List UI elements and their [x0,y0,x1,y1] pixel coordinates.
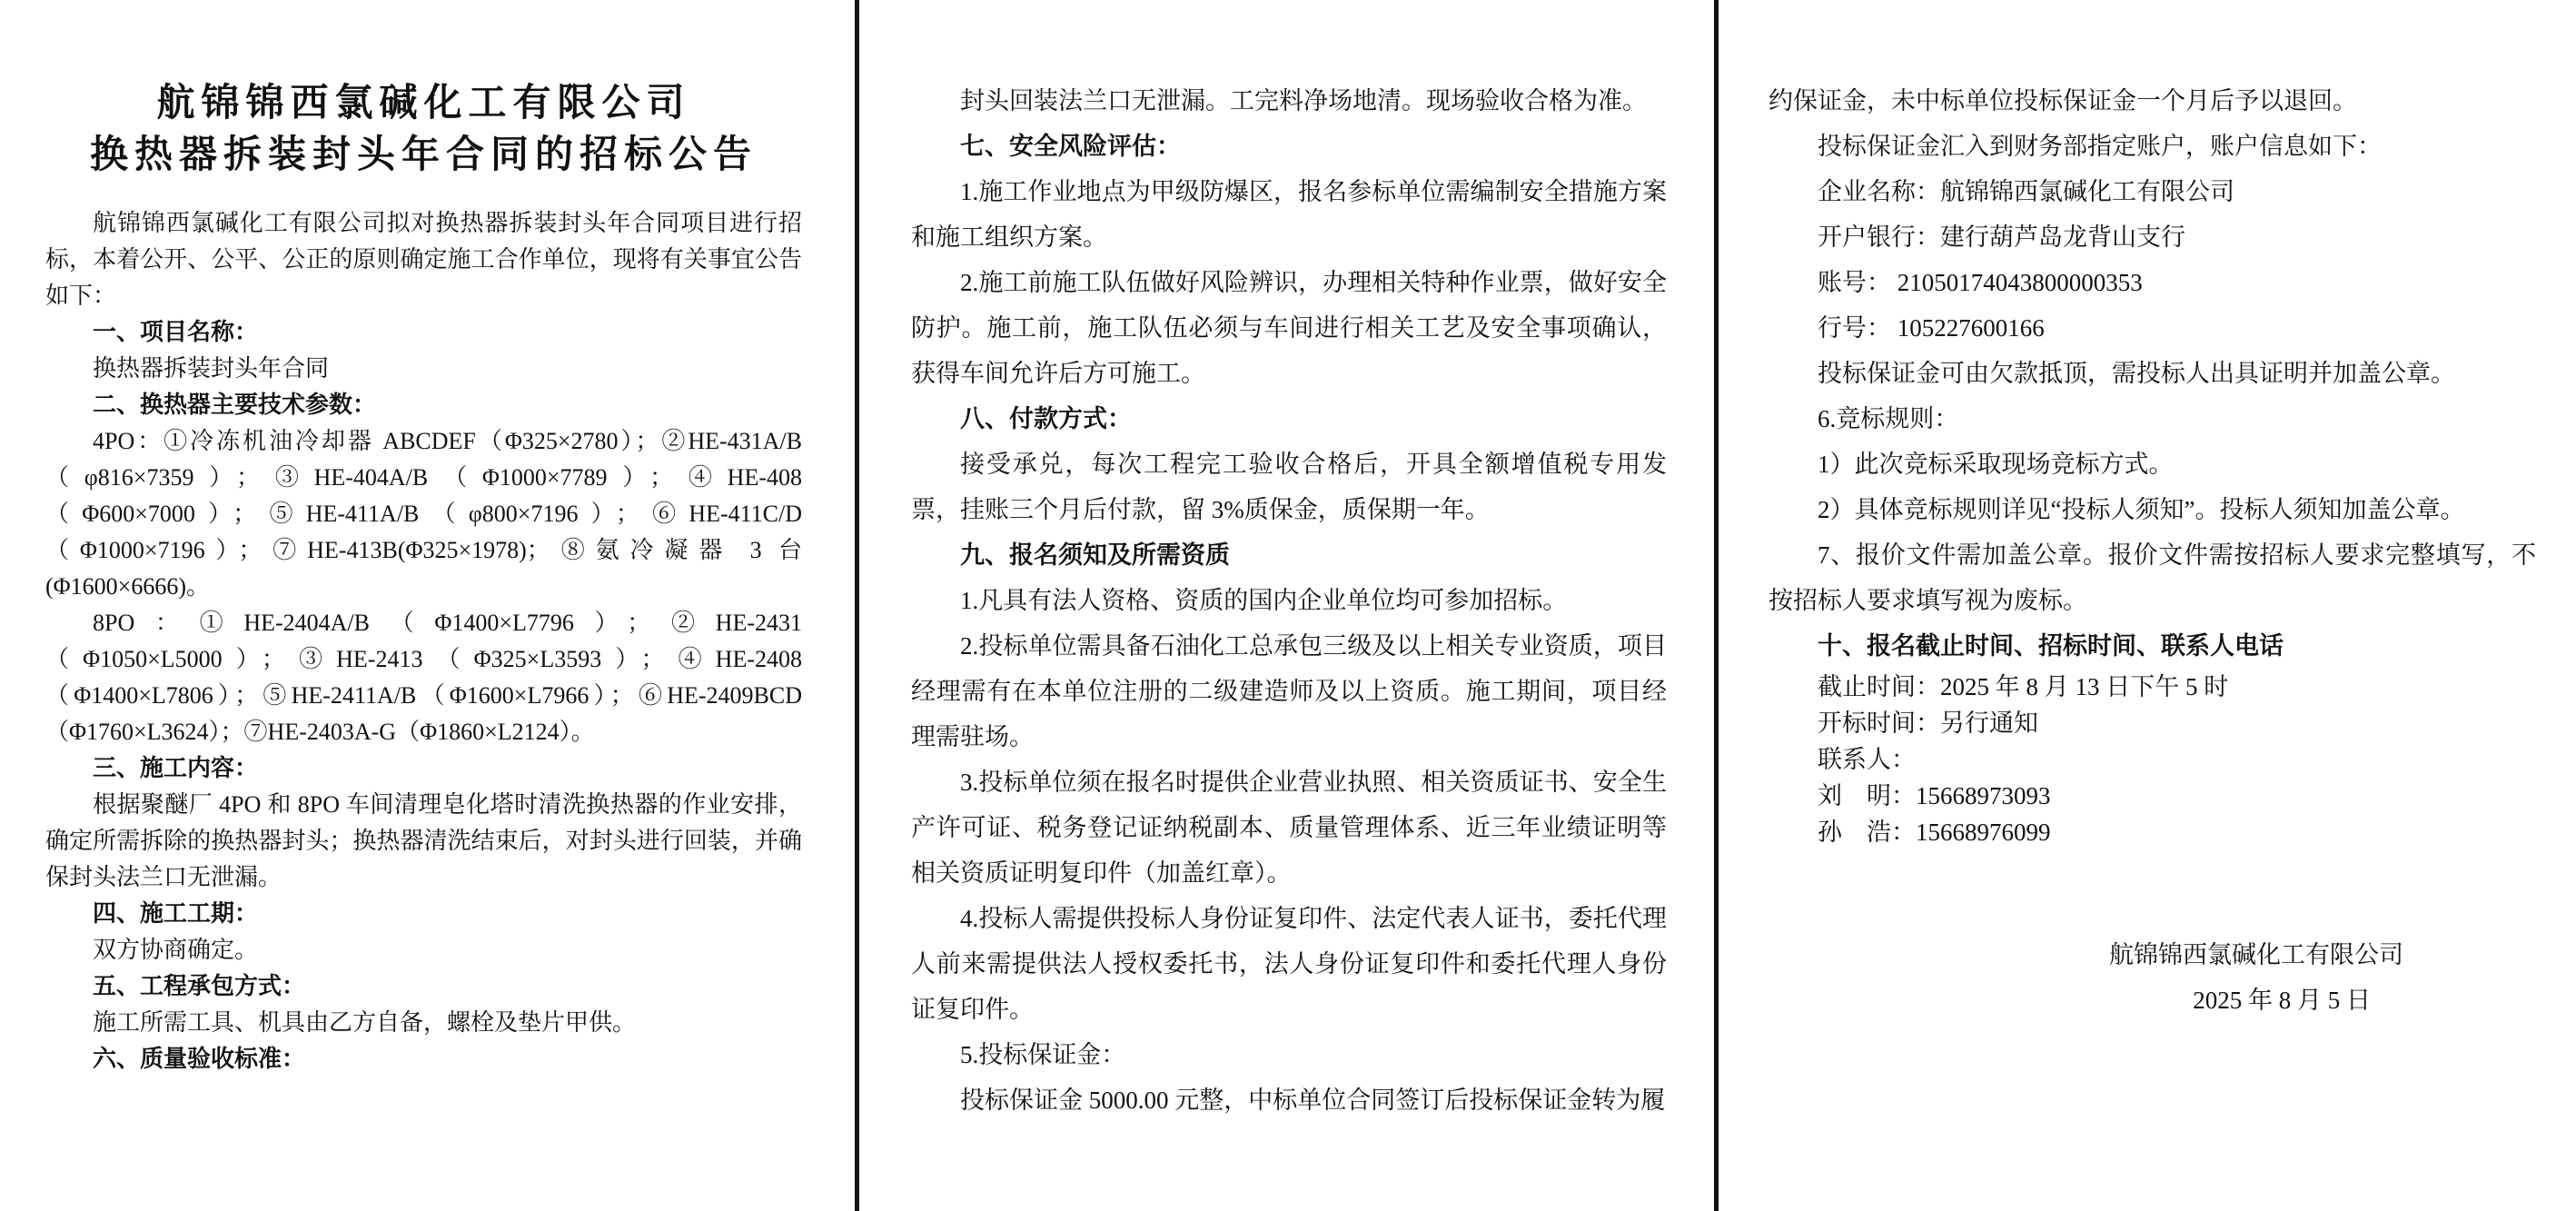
paragraph: 投标保证金 5000.00 元整，中标单位合同签订后投标保证金转为履 [911,1077,1667,1123]
paragraph: 截止时间：2025 年 8 月 13 日下午 5 时 [1769,669,2536,705]
section-heading: 九、报名须知及所需资质 [911,532,1667,578]
paragraph: 投标保证金可由欠款抵顶，需投标人出具证明并加盖公章。 [1769,351,2536,396]
page-1: 航锦锦西氯碱化工有限公司 换热器拆装封头年合同的招标公告 航锦锦西氯碱化工有限公… [0,0,855,1211]
paragraph: 开户银行：建行葫芦岛龙背山支行 [1769,214,2536,260]
paragraph: 航锦锦西氯碱化工有限公司拟对换热器拆装封头年合同项目进行招标，本着公开、公平、公… [45,205,802,314]
page-1-content: 航锦锦西氯碱化工有限公司拟对换热器拆装封头年合同项目进行招标，本着公开、公平、公… [45,205,802,1077]
paragraph: 7、报价文件需加盖公章。报价文件需按招标人要求完整填写，不按招标人要求填写视为废… [1769,532,2536,623]
section-heading: 七、安全风险评估： [911,124,1667,169]
paragraph: 联系人： [1769,741,2536,778]
paragraph: 约保证金，未中标单位投标保证金一个月后予以退回。 [1769,78,2536,124]
section-heading: 五、工程承包方式： [45,968,802,1005]
section-heading: 四、施工工期： [45,896,802,932]
paragraph: 8PO：①HE-2404A/B（Φ1400×L7796）；②HE-2431（Φ1… [45,605,802,750]
page-3: 约保证金，未中标单位投标保证金一个月后予以退回。投标保证金汇入到财务部指定账户，… [1719,0,2576,1211]
page-2-content: 封头回装法兰口无泄漏。工完料净场地清。现场验收合格为准。七、安全风险评估：1.施… [911,78,1667,1123]
section-heading: 八、付款方式： [911,396,1667,442]
paragraph: 接受承兑，每次工程完工验收合格后，开具全额增值税专用发票，挂账三个月后付款，留 … [911,442,1667,532]
tender-announcement-document: 航锦锦西氯碱化工有限公司 换热器拆装封头年合同的招标公告 航锦锦西氯碱化工有限公… [0,0,2576,1211]
paragraph: 企业名称：航锦锦西氯碱化工有限公司 [1769,169,2536,214]
section-heading: 二、换热器主要技术参数： [45,387,802,423]
paragraph: 账号： 21050174043800000353 [1769,260,2536,305]
paragraph: 5.投标保证金： [911,1032,1667,1077]
document-title-line-2: 换热器拆装封头年合同的招标公告 [45,130,802,182]
paragraph: 孙 浩：15668976099 [1769,814,2536,850]
paragraph: 换热器拆装封头年合同 [45,351,802,387]
signature-date: 2025 年 8 月 5 日 [1769,978,2536,1023]
section-heading: 六、质量验收标准： [45,1041,802,1077]
paragraph: 2）具体竞标规则详见“投标人须知”。投标人须知加盖公章。 [1769,487,2536,532]
section-heading: 十、报名截止时间、招标时间、联系人电话 [1769,623,2536,669]
paragraph: 1.凡具有法人资格、资质的国内企业单位均可参加招标。 [911,578,1667,623]
page-divider-2 [1714,0,1719,1211]
paragraph: 6.竞标规则： [1769,396,2536,442]
page-divider-1 [855,0,859,1211]
paragraph: 3.投标单位须在报名时提供企业营业执照、相关资质证书、安全生产许可证、税务登记证… [911,759,1667,896]
paragraph: 投标保证金汇入到财务部指定账户，账户信息如下： [1769,124,2536,169]
paragraph: 根据聚醚厂 4PO 和 8PO 车间清理皂化塔时清洗换热器的作业安排，确定所需拆… [45,787,802,896]
paragraph: 1）此次竞标采取现场竞标方式。 [1769,442,2536,487]
paragraph: 封头回装法兰口无泄漏。工完料净场地清。现场验收合格为准。 [911,78,1667,124]
paragraph: 双方协商确定。 [45,932,802,968]
paragraph: 2.施工前施工队伍做好风险辨识，办理相关特种作业票，做好安全防护。施工前，施工队… [911,260,1667,396]
paragraph: 施工所需工具、机具由乙方自备，螺栓及垫片甲供。 [45,1005,802,1041]
section-heading: 三、施工内容： [45,750,802,787]
paragraph: 刘 明：15668973093 [1769,778,2536,814]
signature-company: 航锦锦西氯碱化工有限公司 [1769,932,2536,978]
paragraph: 4.投标人需提供投标人身份证复印件、法定代表人证书，委托代理人前来需提供法人授权… [911,896,1667,1032]
page-3-content: 约保证金，未中标单位投标保证金一个月后予以退回。投标保证金汇入到财务部指定账户，… [1769,78,2536,1023]
paragraph: 开标时间：另行通知 [1769,705,2536,741]
paragraph: 1.施工作业地点为甲级防爆区，报名参标单位需编制安全措施方案和施工组织方案。 [911,169,1667,260]
page-2: 封头回装法兰口无泄漏。工完料净场地清。现场验收合格为准。七、安全风险评估：1.施… [860,0,1714,1211]
paragraph: 行号： 105227600166 [1769,305,2536,351]
paragraph: 4PO：①冷冻机油冷却器 ABCDEF（Φ325×2780）；②HE-431A/… [45,423,802,605]
paragraph: 2.投标单位需具备石油化工总承包三级及以上相关专业资质，项目经理需有在本单位注册… [911,623,1667,759]
section-heading: 一、项目名称： [45,314,802,351]
document-title-line-1: 航锦锦西氯碱化工有限公司 [45,78,802,130]
